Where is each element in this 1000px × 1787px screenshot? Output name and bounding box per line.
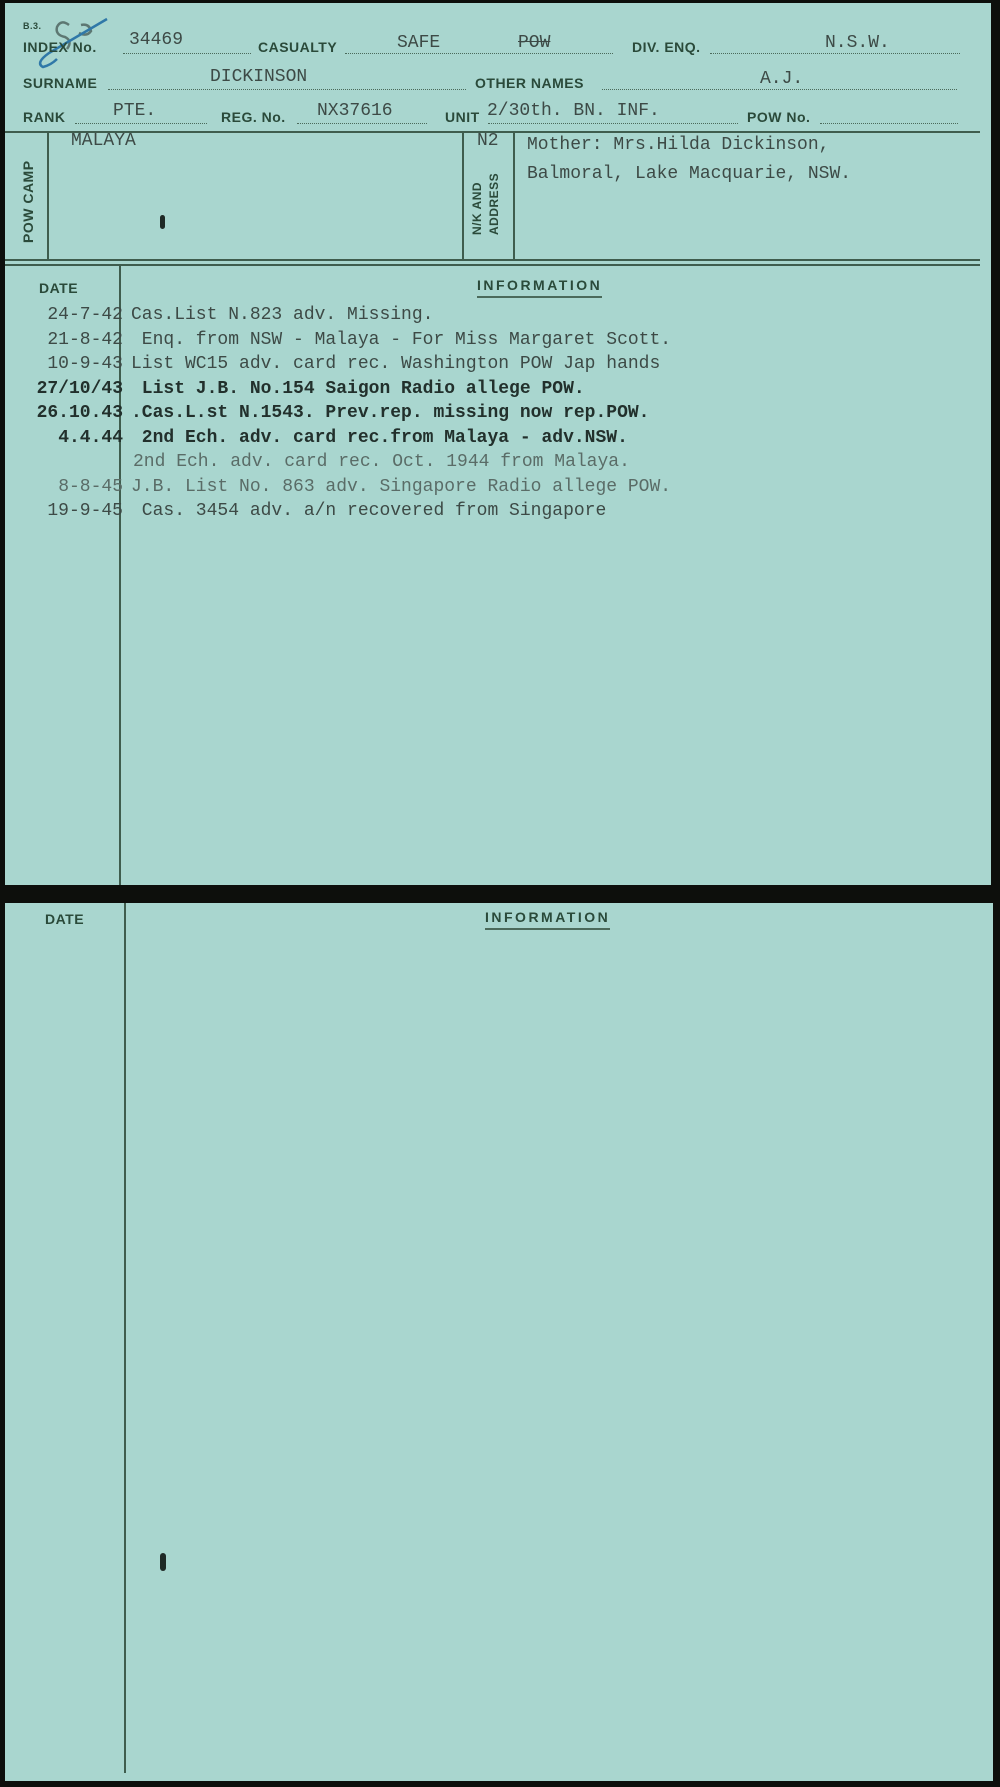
divider	[5, 259, 980, 261]
surname-dotline	[108, 89, 466, 90]
rank-value: PTE.	[113, 101, 156, 121]
index-no-label: INDEX No.	[23, 39, 97, 55]
punch-hole-mark	[160, 215, 165, 229]
log-date: 4.4.44	[5, 428, 123, 448]
log-date: 19-9-45	[5, 501, 123, 521]
other-names-value: A.J.	[760, 69, 803, 89]
casualty-label: CASUALTY	[258, 39, 337, 55]
pow-no-label: POW No.	[747, 109, 810, 125]
other-names-label: OTHER NAMES	[475, 75, 584, 91]
date-header: DATE	[39, 280, 78, 296]
div-enq-label: DIV. ENQ.	[632, 39, 701, 55]
divider	[5, 264, 980, 266]
log-date: 26.10.43	[5, 403, 123, 423]
unit-dotline	[488, 123, 738, 124]
nok-label-line2: ADDRESS	[487, 173, 501, 235]
nok-label-line1: N/K AND	[470, 182, 484, 235]
divider	[462, 132, 464, 259]
log-information: Enq. from NSW - Malaya - For Miss Margar…	[131, 330, 671, 350]
surname-value: DICKINSON	[210, 67, 307, 87]
index-no-dotline	[123, 53, 251, 54]
pow-no-dotline	[820, 123, 958, 124]
log-information: .Cas.L.st N.1543. Prev.rep. missing now …	[131, 403, 649, 423]
rank-label: RANK	[23, 109, 65, 125]
date-column-divider	[124, 903, 126, 1773]
casualty-struck-value: POW	[518, 33, 550, 53]
divider	[47, 132, 49, 259]
log-information: Cas.List N.823 adv. Missing.	[131, 305, 433, 325]
reg-no-value: NX37616	[317, 101, 393, 121]
div-enq-dotline	[710, 53, 960, 54]
punch-hole-mark	[160, 1553, 166, 1571]
index-no-value: 34469	[129, 30, 183, 50]
index-card-back: DATE INFORMATION	[5, 903, 993, 1781]
date-header: DATE	[45, 911, 84, 927]
casualty-dotline	[345, 53, 613, 54]
index-card-front: B.3. INDEX No. 34469 CASUALTY SAFE POW D…	[5, 3, 991, 885]
unit-value: 2/30th. BN. INF.	[487, 101, 660, 121]
log-date: 21-8-42	[5, 330, 123, 350]
log-date: 10-9-43	[5, 354, 123, 374]
surname-label: SURNAME	[23, 75, 97, 91]
log-information: List J.B. No.154 Saigon Radio allege POW…	[131, 379, 585, 399]
information-header: INFORMATION	[477, 277, 602, 298]
pow-camp-label: POW CAMP	[20, 160, 36, 243]
nok-address-line2: Balmoral, Lake Macquarie, NSW.	[527, 164, 851, 184]
log-information: Cas. 3454 adv. a/n recovered from Singap…	[131, 501, 606, 521]
log-date: 8-8-45	[5, 477, 123, 497]
log-information: List WC15 adv. card rec. Washington POW …	[131, 354, 660, 374]
reg-no-dotline	[297, 123, 427, 124]
divider	[513, 132, 515, 259]
div-enq-value: N.S.W.	[825, 33, 890, 53]
log-information: J.B. List No. 863 adv. Singapore Radio a…	[131, 477, 671, 497]
other-names-dotline	[602, 89, 957, 90]
reg-no-label: REG. No.	[221, 109, 286, 125]
log-information: 2nd Ech. adv. card rec. Oct. 1944 from M…	[133, 452, 630, 472]
pow-camp-value: MALAYA	[71, 131, 136, 151]
nok-code: N2	[477, 131, 499, 151]
unit-label: UNIT	[445, 109, 480, 125]
casualty-value: SAFE	[397, 33, 440, 53]
rank-dotline	[75, 123, 207, 124]
log-information: 2nd Ech. adv. card rec.from Malaya - adv…	[131, 428, 628, 448]
nok-address-line1: Mother: Mrs.Hilda Dickinson,	[527, 135, 829, 155]
log-date: 24-7-42	[5, 305, 123, 325]
information-header: INFORMATION	[485, 909, 610, 930]
log-date: 27/10/43	[5, 379, 123, 399]
